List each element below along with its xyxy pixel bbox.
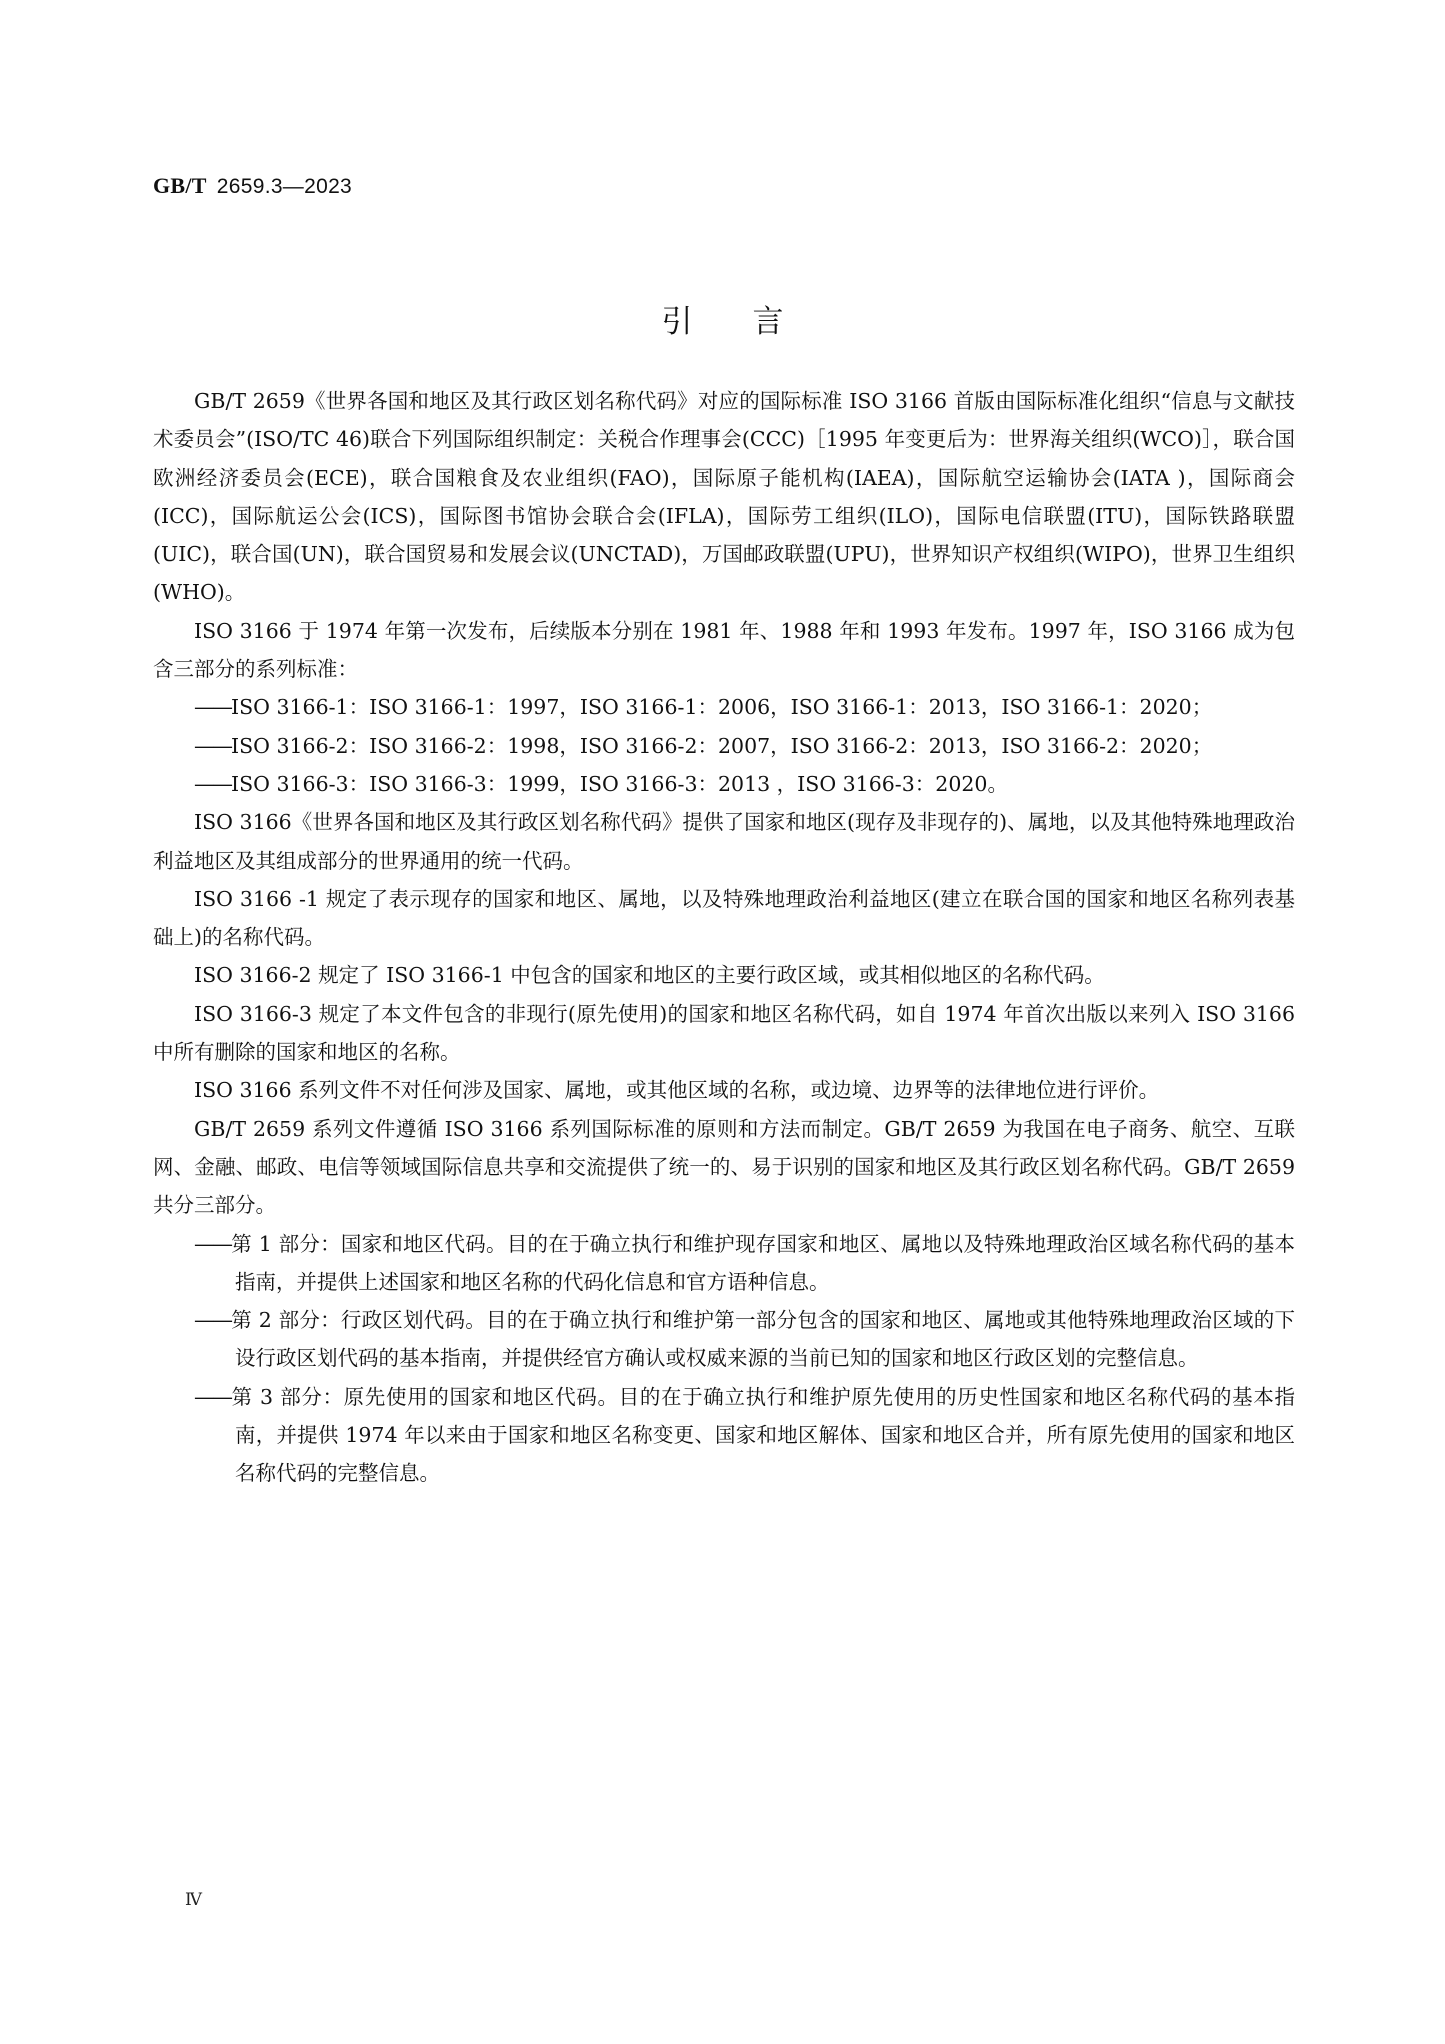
- dash-marker: ——: [194, 734, 231, 758]
- paragraph-history: ISO 3166 于 1974 年第一次发布，后续版本分别在 1981 年、19…: [153, 612, 1295, 689]
- edition-item-part3: ——ISO 3166-3：ISO 3166-3：1999，ISO 3166-3：…: [153, 765, 1295, 803]
- page-number: Ⅳ: [185, 1890, 202, 1910]
- part-item-1: ——第 1 部分：国家和地区代码。目的在于确立执行和维护现存国家和地区、属地以及…: [153, 1225, 1295, 1302]
- paragraph-legal-status: ISO 3166 系列文件不对任何涉及国家、属地，或其他区域的名称，或边境、边界…: [153, 1071, 1295, 1109]
- paragraph-origin: GB/T 2659《世界各国和地区及其行政区划名称代码》对应的国际标准 ISO …: [153, 382, 1295, 612]
- dash-marker: ——: [194, 1308, 231, 1332]
- paragraph-iso3166-scope: ISO 3166《世界各国和地区及其行政区划名称代码》提供了国家和地区(现存及非…: [153, 803, 1295, 880]
- dash-marker: ——: [194, 1232, 231, 1256]
- dash-marker: ——: [194, 695, 231, 719]
- part-item-3: ——第 3 部分：原先使用的国家和地区代码。目的在于确立执行和维护原先使用的历史…: [153, 1378, 1295, 1493]
- introduction-body: GB/T 2659《世界各国和地区及其行政区划名称代码》对应的国际标准 ISO …: [153, 382, 1295, 1493]
- paragraph-iso3166-3: ISO 3166-3 规定了本文件包含的非现行(原先使用)的国家和地区名称代码，…: [153, 995, 1295, 1072]
- paragraph-iso3166-2: ISO 3166-2 规定了 ISO 3166-1 中包含的国家和地区的主要行政…: [153, 956, 1295, 994]
- edition-item-part1: ——ISO 3166-1：ISO 3166-1：1997，ISO 3166-1：…: [153, 688, 1295, 726]
- dash-marker: ——: [194, 1385, 231, 1409]
- part-item-2: ——第 2 部分：行政区划代码。目的在于确立执行和维护第一部分包含的国家和地区、…: [153, 1301, 1295, 1378]
- document-header: GB/T2659.3—2023: [153, 173, 352, 199]
- section-title: 引言: [0, 296, 1445, 341]
- edition-item-part2: ——ISO 3166-2：ISO 3166-2：1998，ISO 3166-2：…: [153, 727, 1295, 765]
- paragraph-gbt2659: GB/T 2659 系列文件遵循 ISO 3166 系列国际标准的原则和方法而制…: [153, 1110, 1295, 1225]
- standard-number: 2659.3—2023: [217, 175, 352, 198]
- paragraph-iso3166-1: ISO 3166 -1 规定了表示现存的国家和地区、属地，以及特殊地理政治利益地…: [153, 880, 1295, 957]
- dash-marker: ——: [194, 772, 231, 796]
- standard-prefix: GB/T: [153, 173, 207, 198]
